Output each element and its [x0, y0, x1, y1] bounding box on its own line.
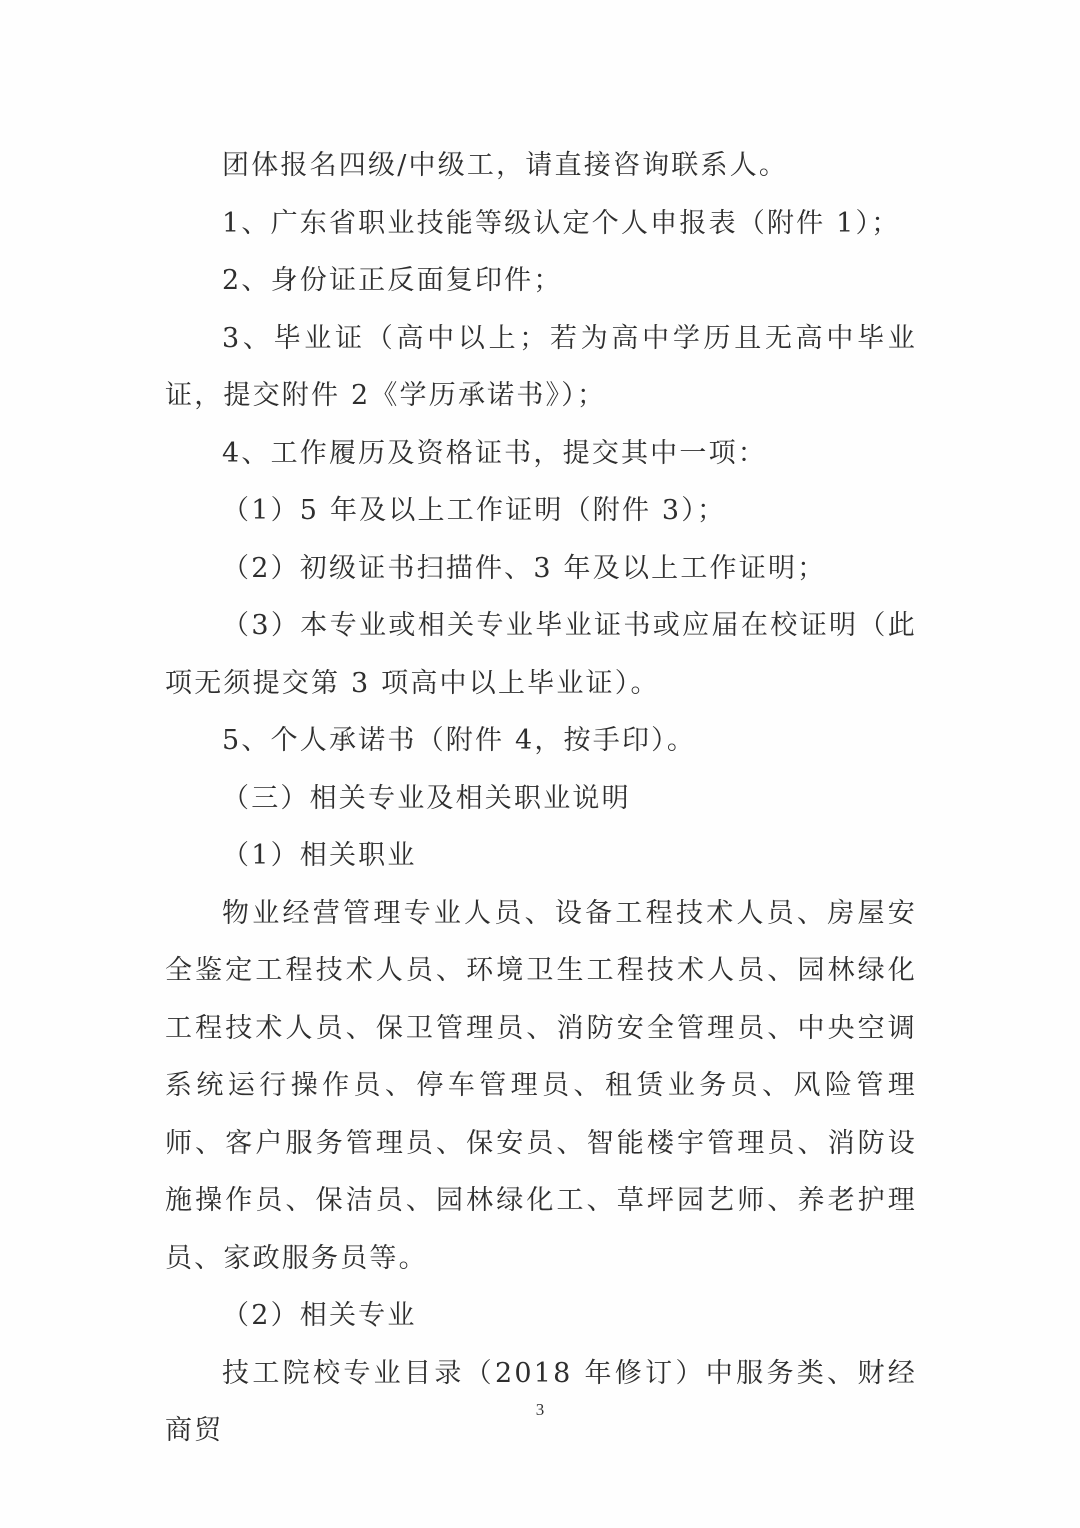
requirement-item-3: 3、毕业证（高中以上；若为高中学历且无高中毕业证，提交附件 2《学历承诺书》）；: [165, 310, 917, 425]
group-registration-note: 团体报名四级/中级工，请直接咨询联系人。: [165, 137, 917, 195]
document-body: 团体报名四级/中级工，请直接咨询联系人。 1、广东省职业技能等级认定个人申报表（…: [165, 137, 917, 1460]
requirement-item-4-option-1: （1）5 年及以上工作证明（附件 3）；: [165, 482, 917, 540]
subheading-related-majors: （2）相关专业: [165, 1287, 917, 1345]
requirement-item-4-option-3: （3）本专业或相关专业毕业证书或应届在校证明（此项无须提交第 3 项高中以上毕业…: [165, 597, 917, 712]
related-occupations-list: 物业经营管理专业人员、设备工程技术人员、房屋安全鉴定工程技术人员、环境卫生工程技…: [165, 885, 917, 1288]
requirement-item-4-option-2: （2）初级证书扫描件、3 年及以上工作证明；: [165, 540, 917, 598]
requirement-item-1: 1、广东省职业技能等级认定个人申报表（附件 1）；: [165, 195, 917, 253]
subheading-related-occupations: （1）相关职业: [165, 827, 917, 885]
requirement-item-4: 4、工作履历及资格证书，提交其中一项：: [165, 425, 917, 483]
requirement-item-5: 5、个人承诺书（附件 4，按手印）。: [165, 712, 917, 770]
requirement-item-2: 2、身份证正反面复印件；: [165, 252, 917, 310]
page-number: 3: [0, 1400, 1080, 1420]
section-heading-related-majors-occupations: （三）相关专业及相关职业说明: [165, 770, 917, 828]
document-page: 团体报名四级/中级工，请直接咨询联系人。 1、广东省职业技能等级认定个人申报表（…: [0, 0, 1080, 1528]
